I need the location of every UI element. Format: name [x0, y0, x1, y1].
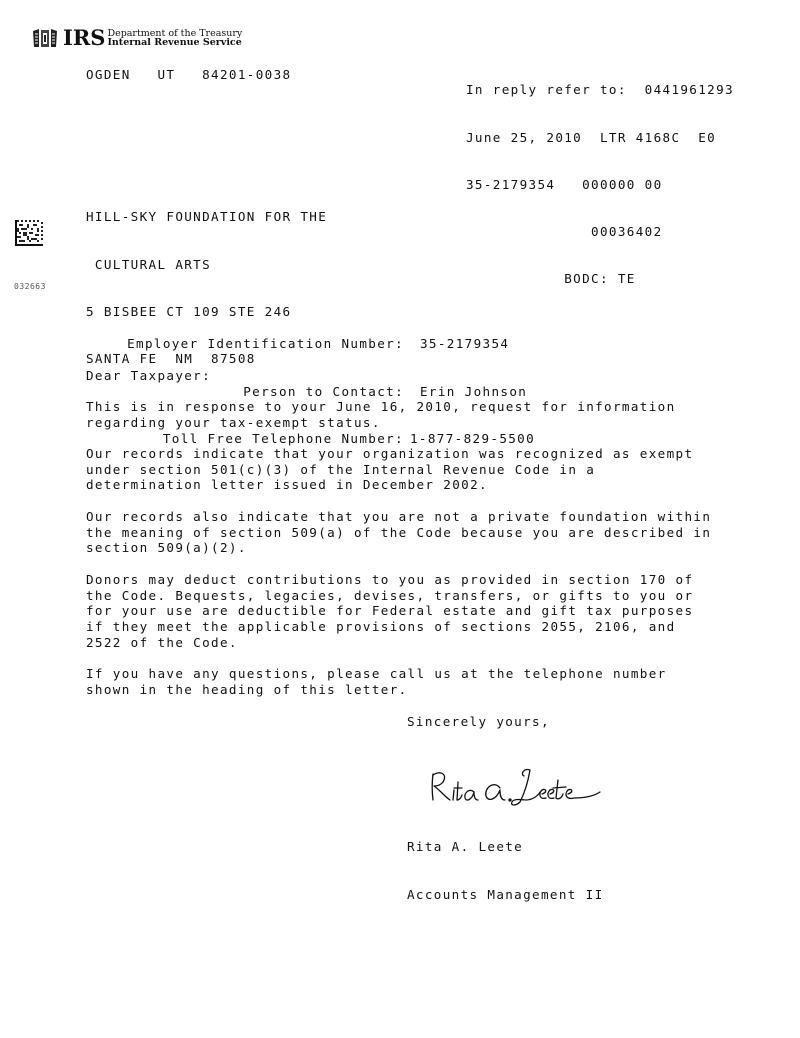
contact-label: Person to Contact: — [104, 384, 404, 400]
ein-label: Employer Identification Number: — [104, 336, 404, 352]
phone-value: 1-877-829-5500 — [410, 431, 535, 447]
recipient-line: CULTURAL ARTS — [86, 257, 327, 273]
body-paragraph: Our records indicate that your organizat… — [86, 446, 693, 493]
contact-value: Erin Johnson — [420, 384, 527, 400]
reference-line: June 25, 2010 LTR 4168C E0 — [466, 130, 734, 146]
irs-logo: IRS Department of the Treasury Internal … — [30, 26, 242, 50]
valediction: Sincerely yours, — [407, 714, 550, 730]
agency-abbrev: IRS — [63, 27, 105, 49]
salutation: Dear Taxpayer: — [86, 368, 211, 384]
reference-line: 00036402 — [466, 224, 734, 240]
ein-row: Employer Identification Number: 35-21793… — [104, 336, 535, 352]
contact-row: Person to Contact: Erin Johnson — [104, 384, 535, 400]
ein-value: 35-2179354 — [420, 336, 509, 352]
reference-block: In reply refer to: 0441961293 June 25, 2… — [466, 51, 734, 302]
agency-name: Department of the Treasury Internal Reve… — [107, 29, 242, 48]
signature-image — [428, 762, 603, 808]
reference-line: BODC: TE — [466, 271, 734, 287]
signer-name: Rita A. Leete — [407, 839, 604, 855]
irs-eagle-icon — [30, 26, 60, 50]
office-address: OGDEN UT 84201-0038 — [86, 67, 291, 83]
phone-row: Toll Free Telephone Number: 1-877-829-55… — [104, 431, 535, 447]
recipient-line: HILL-SKY FOUNDATION FOR THE — [86, 209, 327, 225]
signer-title: Accounts Management II — [407, 887, 604, 903]
body-paragraph: This is in response to your June 16, 201… — [86, 399, 676, 430]
body-paragraph: Our records also indicate that you are n… — [86, 509, 711, 556]
phone-label: Toll Free Telephone Number: — [104, 431, 404, 447]
body-paragraph: Donors may deduct contributions to you a… — [86, 572, 693, 651]
datamatrix-barcode-icon — [15, 220, 43, 246]
signer-block: Rita A. Leete Accounts Management II — [407, 808, 604, 918]
sequence-number: 032663 — [14, 282, 46, 291]
reference-line: 35-2179354 000000 00 — [466, 177, 734, 193]
reference-line: In reply refer to: 0441961293 — [466, 82, 734, 98]
body-paragraph: If you have any questions, please call u… — [86, 666, 667, 697]
agency-line-2: Internal Revenue Service — [107, 38, 242, 48]
